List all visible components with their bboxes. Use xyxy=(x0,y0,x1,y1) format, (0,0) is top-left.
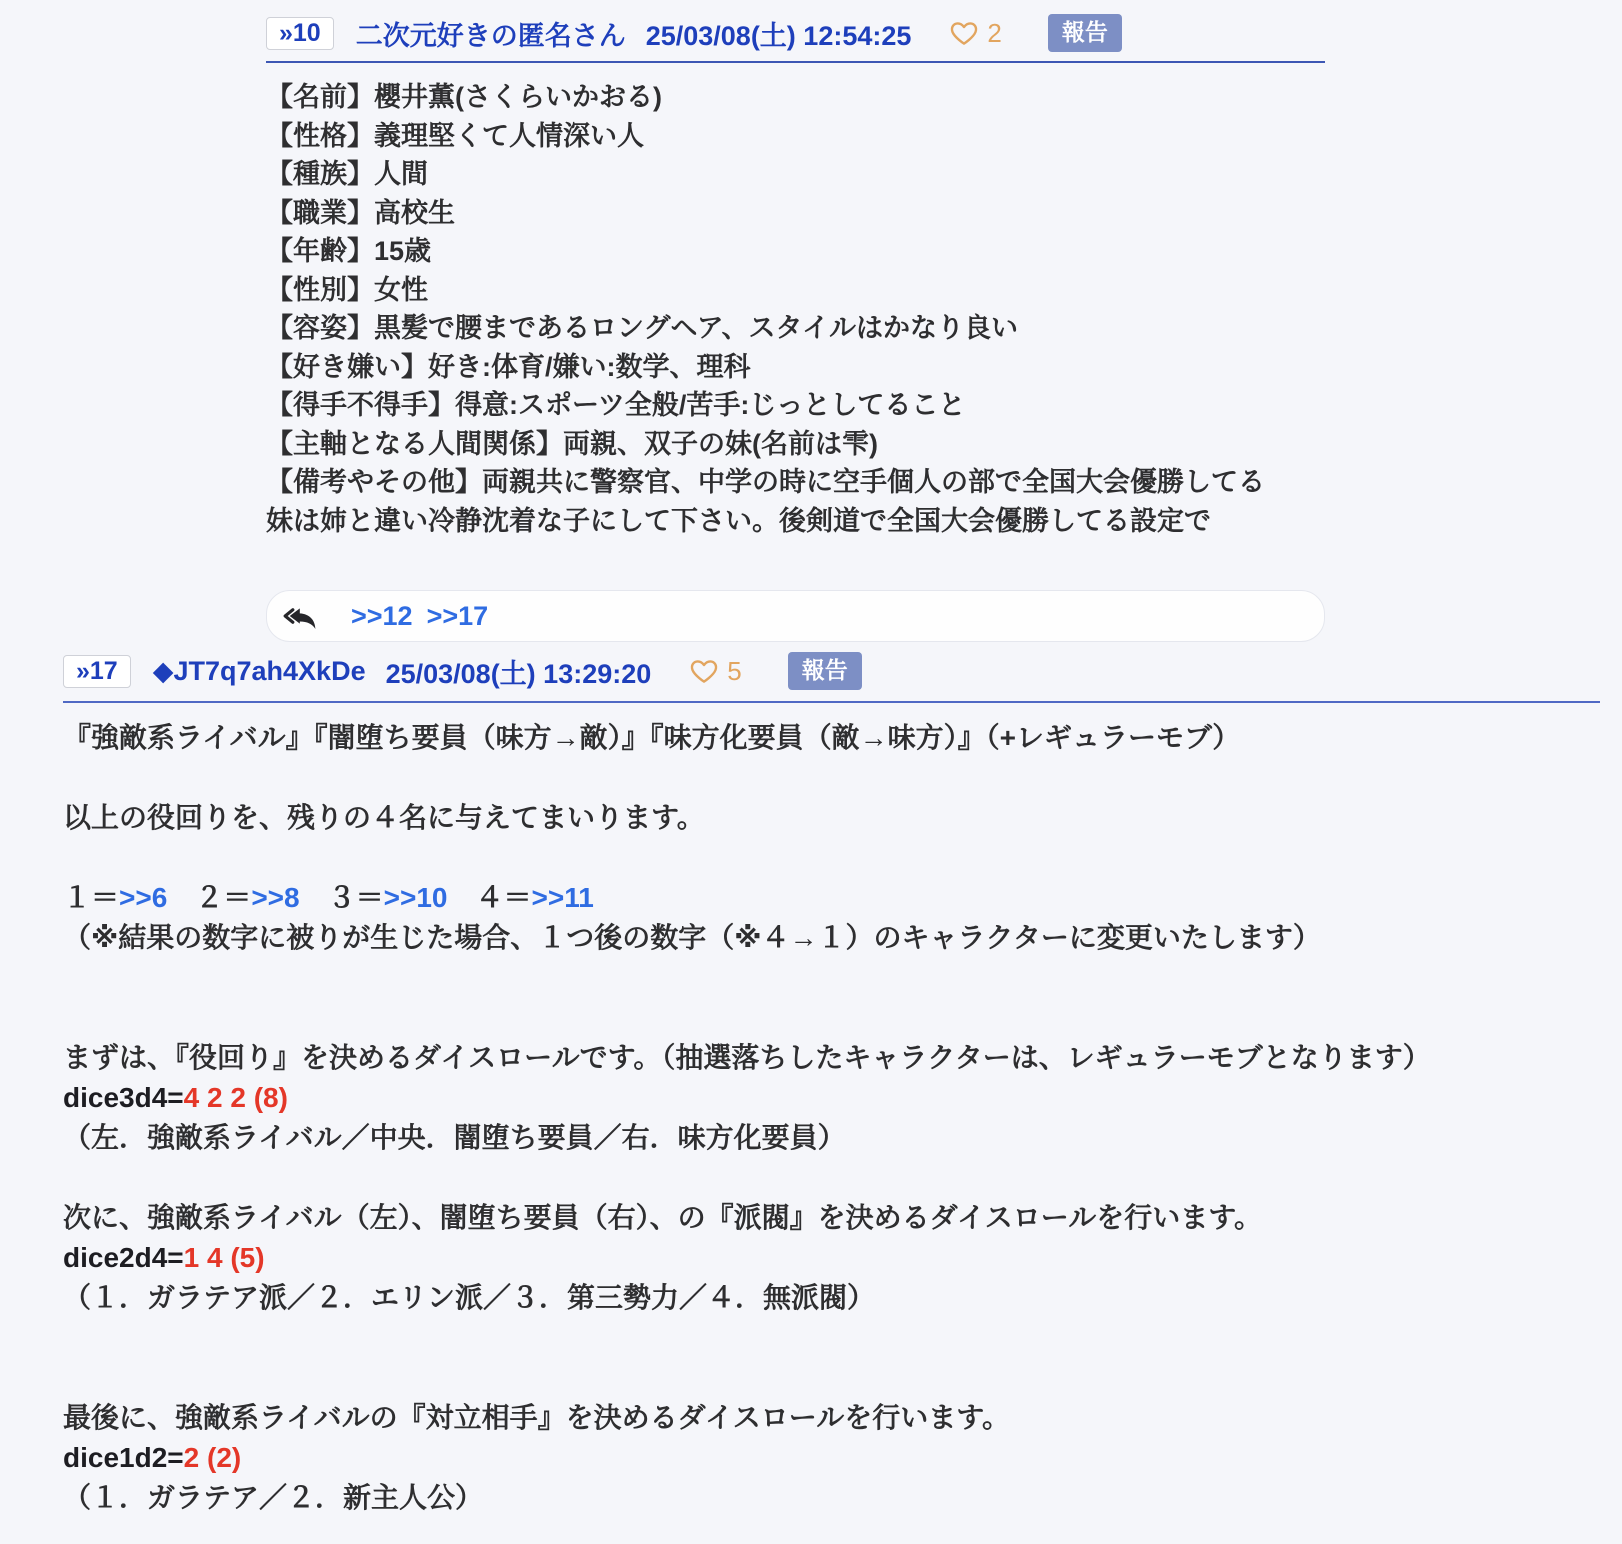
post-text-line: 『強敵系ライバル』『闇堕ち要員（味方→敵）』『味方化要員（敵→味方）』（+レギュ… xyxy=(63,718,1600,758)
dice-result: 1 4 (5) xyxy=(184,1242,265,1273)
dice-command: dice3d4= xyxy=(63,1082,184,1113)
post-text-line: 【名前】櫻井薫(さくらいかおる) xyxy=(266,78,1325,117)
like-count: 2 xyxy=(987,18,1001,49)
post-text-line: 【主軸となる人間関係】両親、双子の妹(名前は雫) xyxy=(266,425,1325,464)
post-text-line: 【性格】義理堅くて人情深い人 xyxy=(266,117,1325,156)
text-segment: ３＝ xyxy=(300,882,384,913)
reply-arrow-icon xyxy=(283,601,319,631)
post-text-line: 最後に、強敵系ライバルの『対立相手』を決めるダイスロールを行います。 xyxy=(63,1398,1600,1438)
post-text-line: １＝>>6 ２＝>>8 ３＝>>10 ４＝>>11 xyxy=(63,878,1600,918)
post-text-line: 【得手不得手】得意:スポーツ全般/苦手:じっとしてること xyxy=(266,386,1325,425)
text-segment: 【種族】人間 xyxy=(266,159,428,189)
post-text-line: 【年齢】15歳 xyxy=(266,232,1325,271)
text-segment: 【容姿】黒髪で腰まであるロングヘア、スタイルはかなり良い xyxy=(266,313,1018,343)
report-button[interactable]: 報告 xyxy=(788,652,862,690)
post-text-line: 【容姿】黒髪で腰まであるロングヘア、スタイルはかなり良い xyxy=(266,309,1325,348)
poster-name: ◆JT7q7ah4XkDe xyxy=(153,656,366,687)
dice-command: dice2d4= xyxy=(63,1242,184,1273)
post-text-line xyxy=(63,838,1600,878)
text-segment: （１．ガラテア派／２．エリン派／３．第三勢力／４．無派閥） xyxy=(63,1282,875,1313)
post-10: »10 二次元好きの匿名さん 25/03/08(土) 12:54:25 2 報告… xyxy=(266,0,1325,642)
text-segment: １＝ xyxy=(63,882,119,913)
post-text-line: 妹は姉と違い冷静沈着な子にして下さい。後剣道で全国大会優勝してる設定で xyxy=(266,502,1325,541)
dice-result: 4 2 2 (8) xyxy=(184,1082,288,1113)
post-text-line: （１．ガラテア派／２．エリン派／３．第三勢力／４．無派閥） xyxy=(63,1278,1600,1318)
poster-name: 二次元好きの匿名さん xyxy=(356,14,626,53)
text-segment: 【得手不得手】得意:スポーツ全般/苦手:じっとしてること xyxy=(266,390,965,420)
text-segment: 【備考やその他】両親共に警察官、中学の時に空手個人の部で全国大会優勝してる xyxy=(266,467,1265,497)
post-17-header: »17 ◆JT7q7ah4XkDe 25/03/08(土) 13:29:20 5… xyxy=(63,648,1600,694)
like-count: 5 xyxy=(727,656,741,687)
post-text-line: 次に、強敵系ライバル（左）、闇堕ち要員（右）、の『派閥』を決めるダイスロールを行… xyxy=(63,1198,1600,1238)
anchor-link[interactable]: >>10 xyxy=(384,882,448,913)
reply-links: >>12>>17 xyxy=(351,601,488,632)
post-17-body: 『強敵系ライバル』『闇堕ち要員（味方→敵）』『味方化要員（敵→味方）』（+レギュ… xyxy=(63,703,1600,1528)
post-text-line: 【備考やその他】両親共に警察官、中学の時に空手個人の部で全国大会優勝してる xyxy=(266,463,1325,502)
post-text-line: （左．強敵系ライバル／中央．闇堕ち要員／右．味方化要員） xyxy=(63,1118,1600,1158)
text-segment: まずは、『役回り』を決めるダイスロールです。（抽選落ちしたキャラクターは、レギュ… xyxy=(63,1042,1431,1073)
reply-anchor-link[interactable]: >>17 xyxy=(427,601,489,632)
post-text-line: 以上の役回りを、残りの４名に与えてまいります。 xyxy=(63,798,1600,838)
post-text-line: dice2d4=1 4 (5) xyxy=(63,1238,1600,1278)
anchor-link[interactable]: >>6 xyxy=(119,882,167,913)
post-number-badge[interactable]: »17 xyxy=(63,655,131,688)
reply-links-bar: >>12>>17 xyxy=(266,590,1325,642)
text-segment: 【好き嫌い】好き:体育/嫌い:数学、理科 xyxy=(266,352,750,382)
text-segment: （※結果の数字に被りが生じた場合、１つ後の数字（※４→１）のキャラクターに変更い… xyxy=(63,922,1321,953)
post-text-line: dice1d2=2 (2) xyxy=(63,1438,1600,1478)
heart-icon xyxy=(949,18,979,48)
text-segment: ４＝ xyxy=(447,882,531,913)
report-button[interactable]: 報告 xyxy=(1048,14,1122,52)
post-text-line: （１．ガラテア／２．新主人公） xyxy=(63,1478,1600,1518)
post-text-line xyxy=(63,958,1600,998)
anchor-link[interactable]: >>11 xyxy=(531,882,593,913)
text-segment: 【職業】高校生 xyxy=(266,198,455,228)
post-timestamp: 25/03/08(土) 13:29:20 xyxy=(386,652,652,691)
text-segment: 最後に、強敵系ライバルの『対立相手』を決めるダイスロールを行います。 xyxy=(63,1402,1010,1433)
post-10-body: 【名前】櫻井薫(さくらいかおる)【性格】義理堅くて人情深い人【種族】人間【職業】… xyxy=(266,63,1325,540)
heart-icon xyxy=(689,656,719,686)
post-text-line: dice3d4=4 2 2 (8) xyxy=(63,1078,1600,1118)
text-segment: 【主軸となる人間関係】両親、双子の妹(名前は雫) xyxy=(266,429,878,459)
dice-command: dice1d2= xyxy=(63,1442,184,1473)
post-timestamp: 25/03/08(土) 12:54:25 xyxy=(646,14,912,53)
text-segment: 妹は姉と違い冷静沈着な子にして下さい。後剣道で全国大会優勝してる設定で xyxy=(266,506,1211,536)
text-segment: 『強敵系ライバル』『闇堕ち要員（味方→敵）』『味方化要員（敵→味方）』（+レギュ… xyxy=(63,722,1240,753)
text-segment: 【名前】櫻井薫(さくらいかおる) xyxy=(266,82,662,112)
post-text-line xyxy=(63,758,1600,798)
like-button[interactable]: 2 xyxy=(949,18,1001,49)
thread-page: { "colors": { "page_bg": "#f5f6fa", "hea… xyxy=(0,0,1622,1544)
dice-result: 2 (2) xyxy=(184,1442,242,1473)
text-segment: （１．ガラテア／２．新主人公） xyxy=(63,1482,483,1513)
post-text-line xyxy=(63,998,1600,1038)
post-text-line: 【好き嫌い】好き:体育/嫌い:数学、理科 xyxy=(266,348,1325,387)
text-segment: （左．強敵系ライバル／中央．闇堕ち要員／右．味方化要員） xyxy=(63,1122,846,1153)
like-button[interactable]: 5 xyxy=(689,656,741,687)
post-17: »17 ◆JT7q7ah4XkDe 25/03/08(土) 13:29:20 5… xyxy=(63,648,1600,1528)
anchor-link[interactable]: >>8 xyxy=(251,882,299,913)
post-text-line xyxy=(63,1358,1600,1398)
post-text-line: 【性別】女性 xyxy=(266,271,1325,310)
text-segment: 以上の役回りを、残りの４名に与えてまいります。 xyxy=(63,802,705,833)
post-10-header: »10 二次元好きの匿名さん 25/03/08(土) 12:54:25 2 報告 xyxy=(266,12,1325,54)
text-segment: 【年齢】15歳 xyxy=(266,236,431,266)
post-text-line: 【職業】高校生 xyxy=(266,194,1325,233)
text-segment: 【性格】義理堅くて人情深い人 xyxy=(266,121,644,151)
post-text-line: （※結果の数字に被りが生じた場合、１つ後の数字（※４→１）のキャラクターに変更い… xyxy=(63,918,1600,958)
text-segment: ２＝ xyxy=(167,882,251,913)
text-segment: 次に、強敵系ライバル（左）、闇堕ち要員（右）、の『派閥』を決めるダイスロールを行… xyxy=(63,1202,1262,1233)
post-text-line: 【種族】人間 xyxy=(266,155,1325,194)
post-number-badge[interactable]: »10 xyxy=(266,17,334,50)
post-text-line xyxy=(63,1158,1600,1198)
reply-anchor-link[interactable]: >>12 xyxy=(351,601,413,632)
post-text-line xyxy=(63,1318,1600,1358)
post-text-line: まずは、『役回り』を決めるダイスロールです。（抽選落ちしたキャラクターは、レギュ… xyxy=(63,1038,1600,1078)
text-segment: 【性別】女性 xyxy=(266,275,428,305)
